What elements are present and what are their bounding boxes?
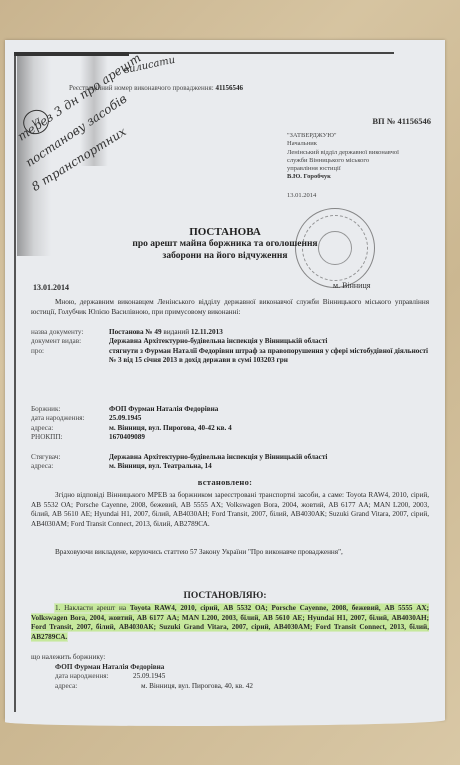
title-subtitle: про арешт майна боржника та оголошення [5,238,445,250]
approver-org: управління юстиції [287,165,447,173]
page-border-top-thick [14,52,129,56]
creditor-fields: Стягувач: Державна Архітектурно-будівель… [31,453,431,472]
intro-paragraph: Мною, державним виконавцем Ленінського в… [31,298,429,317]
field-label: документ видав: [31,337,109,346]
document-page: Реєстраційний номер виконавчого провадже… [5,40,445,720]
debtor-name: ФОП Фурман Наталія Федорівна [109,405,431,414]
doc-issued-word: виданий [163,328,189,336]
owner-address: м. Вінниця, вул. Пирогова, 40, кв. 42 [133,682,253,691]
approval-date: 13.01.2014 [287,192,447,200]
creditor-address: м. Вінниця, вул. Театральна, 14 [109,462,431,471]
debtor-tax-id: 1670409089 [109,433,431,442]
basis-paragraph: Враховуючи викладене, керуючись статтею … [31,548,429,558]
owner-block: ФОП Фурман Наталія Федорівна дата народж… [55,663,253,691]
resolution-item-1: 1. Накласти арешт на Toyota RAW4, 2010, … [31,604,429,642]
field-value: Державна Архітектурно-будівельна інспекц… [109,337,431,346]
document-city: м. Вінниця [333,281,370,290]
registration-number: 41156546 [215,84,243,92]
debtor-fields: Боржник: ФОП Фурман Наталія Федорівна да… [31,405,431,443]
field-label: адреса: [31,424,109,433]
field-row: адреса: м. Вінниця, вул. Пирогова, 40-42… [31,424,431,433]
document-fields: назва документу: Постанова № 49 виданий … [31,328,431,366]
field-row: назва документу: Постанова № 49 виданий … [31,328,431,337]
field-row: документ видав: Державна Архітектурно-бу… [31,337,431,346]
field-label: дата народження: [31,414,109,423]
field-label: РНОКПП: [31,433,109,442]
doc-name: Постанова № 49 [109,328,162,336]
field-row: дата народження: 25.09.1945 [55,672,253,681]
approval-block: "ЗАТВЕРДЖУЮ" Начальник Ленінський відділ… [287,132,447,200]
field-row: дата народження: 25.09.1945 [31,414,431,423]
approver-org: служби Вінницького міського [287,157,447,165]
field-label: назва документу: [31,328,109,337]
field-row: Стягувач: Державна Архітектурно-будівель… [31,453,431,462]
field-value: стягнути з Фурман Наталії Федорівни штра… [109,347,431,366]
field-label: про: [31,347,109,366]
title-main: ПОСТАНОВА [5,226,445,238]
field-value: Постанова № 49 виданий 12.11.2013 [109,328,431,337]
field-label: адреса: [55,682,133,691]
established-heading: встановлено: [5,477,445,487]
document-title: ПОСТАНОВА про арешт майна боржника та ог… [5,226,445,262]
owner-name: ФОП Фурман Наталія Федорівна [55,663,253,672]
page-border-left [14,52,16,712]
field-row: Боржник: ФОП Фурман Наталія Федорівна [31,405,431,414]
established-paragraph: Згідно відповіді Вінницького МРЕВ за бор… [31,491,429,529]
vp-number: ВП № 41156546 [372,116,431,126]
debtor-address: м. Вінниця, вул. Пирогова, 40-42 кв. 4 [109,424,431,433]
owner-dob: 25.09.1945 [133,672,165,681]
field-row: про: стягнути з Фурман Наталії Федорівни… [31,347,431,366]
field-label: адреса: [31,462,109,471]
debtor-dob: 25.09.1945 [109,414,431,423]
approver-org: Ленінський відділ державної виконавчої [287,149,447,157]
doc-issued-date: 12.11.2013 [191,328,223,336]
approver-name: В.Ю. Горобчук [287,173,447,181]
resolution-prefix: 1. Накласти арешт на [55,604,126,612]
title-subtitle: заборони на його відчуження [5,250,445,262]
approver-position: Начальник [287,140,447,148]
document-date: 13.01.2014 [33,283,69,292]
field-row: адреса: м. Вінниця, вул. Пирогова, 40, к… [55,682,253,691]
field-row: адреса: м. Вінниця, вул. Театральна, 14 [31,462,431,471]
highlighted-text: 1. Накласти арешт на Toyota RAW4, 2010, … [31,604,429,641]
belongs-label: що належить боржнику: [31,653,105,661]
field-row: РНОКПП: 1670409089 [31,433,431,442]
resolution-heading: ПОСТАНОВЛЯЮ: [5,591,445,601]
approve-label: "ЗАТВЕРДЖУЮ" [287,132,447,140]
field-label: Боржник: [31,405,109,414]
creditor-name: Державна Архітектурно-будівельна інспекц… [109,453,431,462]
field-label: Стягувач: [31,453,109,462]
field-label: дата народження: [55,672,133,681]
